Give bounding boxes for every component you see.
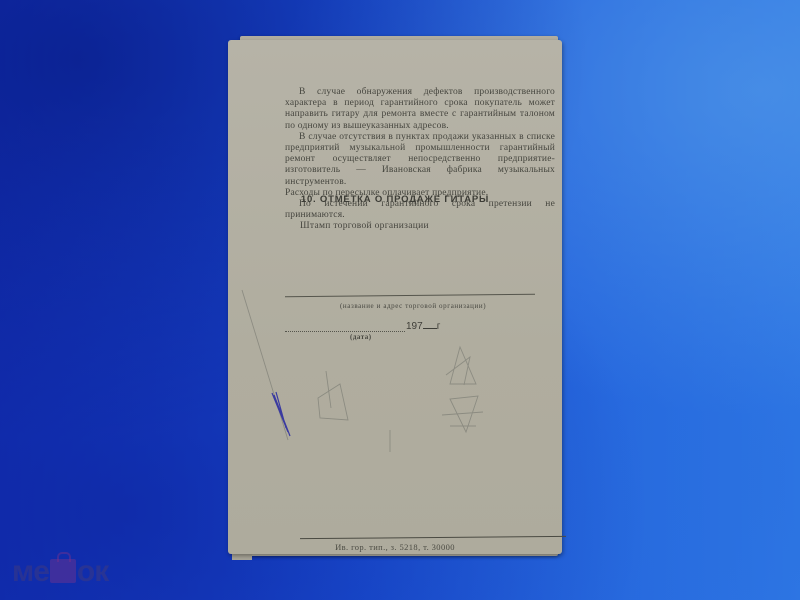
watermark-logo: меок xyxy=(12,555,108,589)
star-doodle-bottom xyxy=(442,396,483,432)
pencil-doodles xyxy=(228,40,562,554)
watermark-text-right: ок xyxy=(77,555,108,588)
pen-mark xyxy=(272,392,290,436)
shopping-bag-icon xyxy=(50,559,76,583)
star-doodle-top xyxy=(446,347,476,385)
warranty-card-page: В случае обнаружения дефектов производст… xyxy=(228,40,562,554)
triangle-doodle xyxy=(318,371,348,420)
pencil-stroke xyxy=(242,290,288,440)
watermark-text-left: ме xyxy=(12,555,49,588)
printer-imprint: Ив. гор. тип., з. 5218, т. 30000 xyxy=(228,542,562,552)
